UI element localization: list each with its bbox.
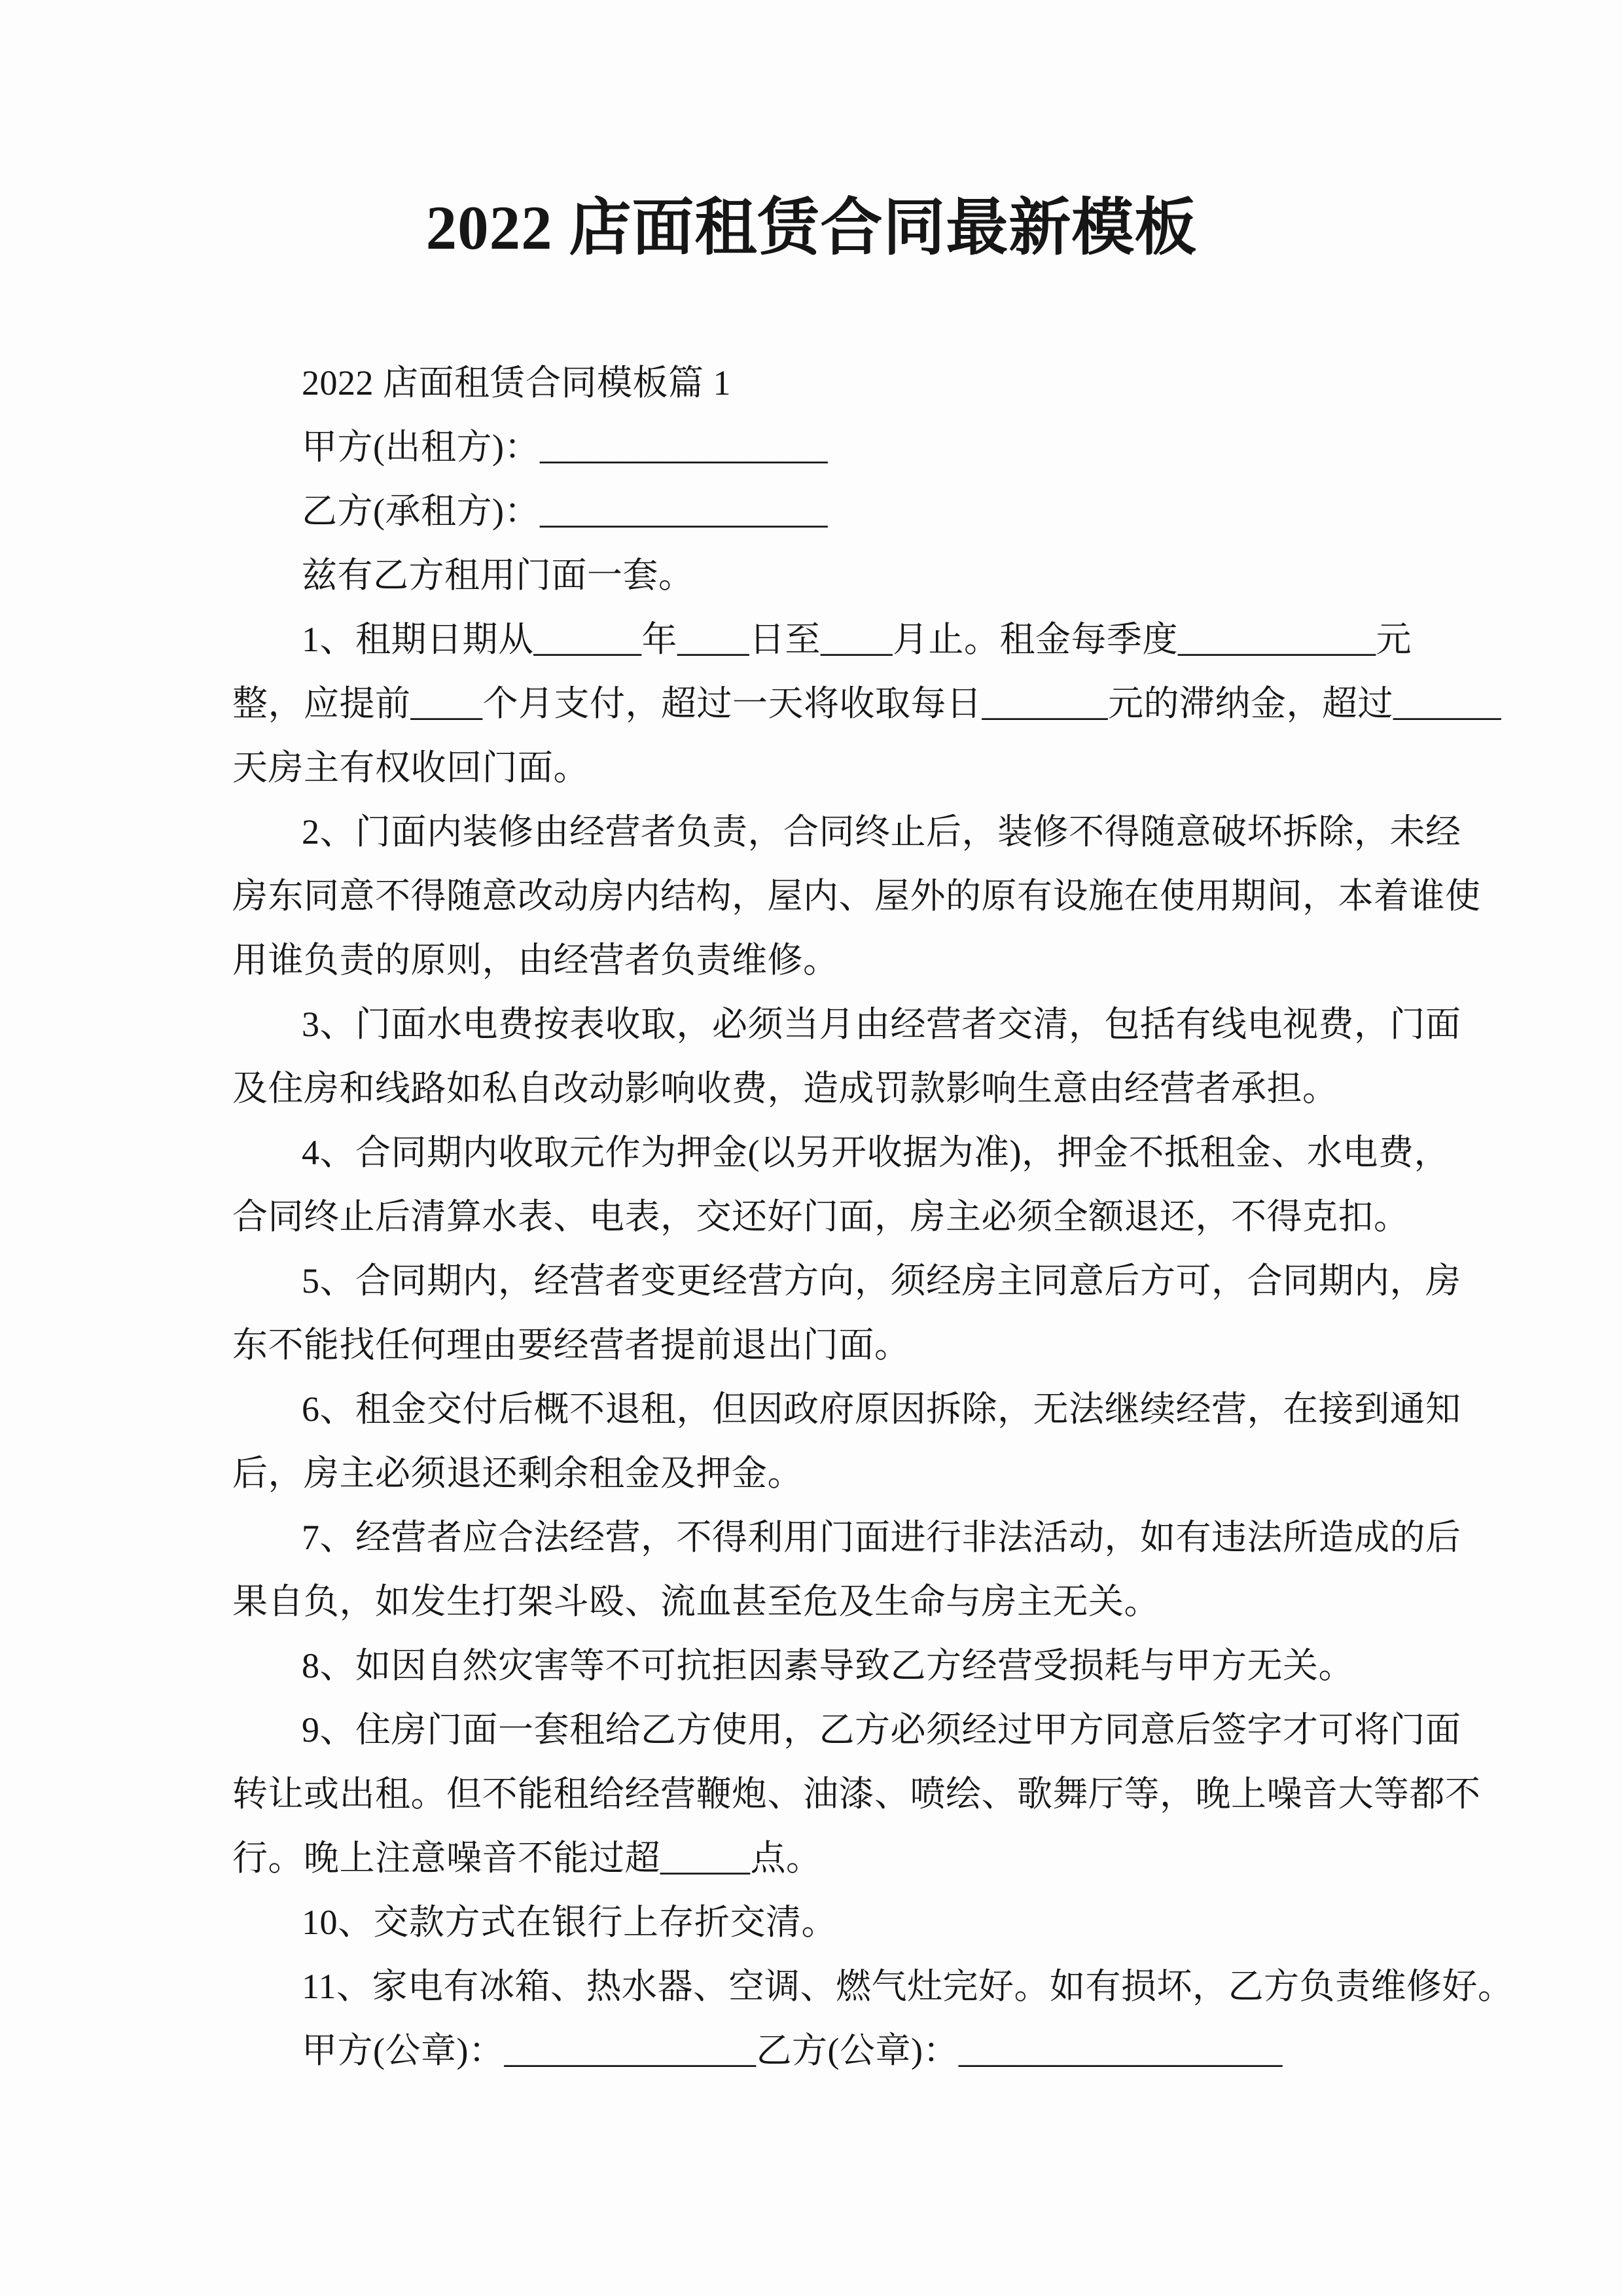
text-line: 10、交款方式在银行上存折交清。 xyxy=(232,1890,1405,1954)
document-body: 2022 店面租赁合同模板篇 1甲方(出租方)：________________… xyxy=(232,351,1405,2083)
text-line: 9、住房门面一套租给乙方使用，乙方必须经过甲方同意后签字才可将门面 xyxy=(232,1698,1405,1762)
text-line: 6、租金交付后概不退租，但因政府原因拆除，无法继续经营，在接到通知 xyxy=(232,1377,1405,1441)
text-line: 后，房主必须退还剩余租金及押金。 xyxy=(232,1441,1405,1505)
text-line: 果自负，如发生打架斗殴、流血甚至危及生命与房主无关。 xyxy=(232,1570,1405,1634)
text-line: 天房主有权收回门面。 xyxy=(232,736,1405,800)
contract-page: 2022 店面租赁合同最新模板 2022 店面租赁合同模板篇 1甲方(出租方)：… xyxy=(0,0,1623,2296)
text-line: 3、门面水电费按表收取，必须当月由经营者交清，包括有线电视费，门面 xyxy=(232,992,1405,1056)
text-line: 2022 店面租赁合同模板篇 1 xyxy=(232,351,1405,415)
text-line: 4、合同期内收取元作为押金(以另开收据为准)，押金不抵租金、水电费， xyxy=(232,1121,1405,1185)
text-line: 用谁负责的原则，由经营者负责维修。 xyxy=(232,928,1405,992)
text-line: 兹有乙方租用门面一套。 xyxy=(232,543,1405,607)
text-line: 1、租期日期从______年____日至____月止。租金每季度________… xyxy=(232,607,1405,672)
text-line: 甲方(公章)：______________乙方(公章)：____________… xyxy=(232,2018,1405,2083)
text-line: 转让或出租。但不能租给经营鞭炮、油漆、喷绘、歌舞厅等，晚上噪音大等都不 xyxy=(232,1762,1405,1826)
text-line: 7、经营者应合法经营，不得利用门面进行非法活动，如有违法所造成的后 xyxy=(232,1505,1405,1570)
text-line: 整，应提前____个月支付，超过一天将收取每日_______元的滞纳金，超过__… xyxy=(232,672,1405,736)
text-line: 及住房和线路如私自改动影响收费，造成罚款影响生意由经营者承担。 xyxy=(232,1056,1405,1121)
text-line: 11、家电有冰箱、热水器、空调、燃气灶完好。如有损坏，乙方负责维修好。 xyxy=(232,1954,1405,2018)
text-line: 合同终止后清算水表、电表，交还好门面，房主必须全额退还，不得克扣。 xyxy=(232,1185,1405,1249)
text-line: 甲方(出租方)：________________ xyxy=(232,415,1405,479)
text-line: 东不能找任何理由要经营者提前退出门面。 xyxy=(232,1313,1405,1377)
text-line: 8、如因自然灾害等不可抗拒因素导致乙方经营受损耗与甲方无关。 xyxy=(232,1634,1405,1698)
text-line: 2、门面内装修由经营者负责，合同终止后，装修不得随意破坏拆除，未经 xyxy=(232,800,1405,864)
document-title: 2022 店面租赁合同最新模板 xyxy=(0,178,1623,267)
text-line: 房东同意不得随意改动房内结构，屋内、屋外的原有设施在使用期间，本着谁使 xyxy=(232,864,1405,928)
text-line: 行。晚上注意噪音不能过超_____点。 xyxy=(232,1826,1405,1890)
text-line: 乙方(承租方)：________________ xyxy=(232,479,1405,543)
text-line: 5、合同期内，经营者变更经营方向，须经房主同意后方可，合同期内，房 xyxy=(232,1249,1405,1313)
